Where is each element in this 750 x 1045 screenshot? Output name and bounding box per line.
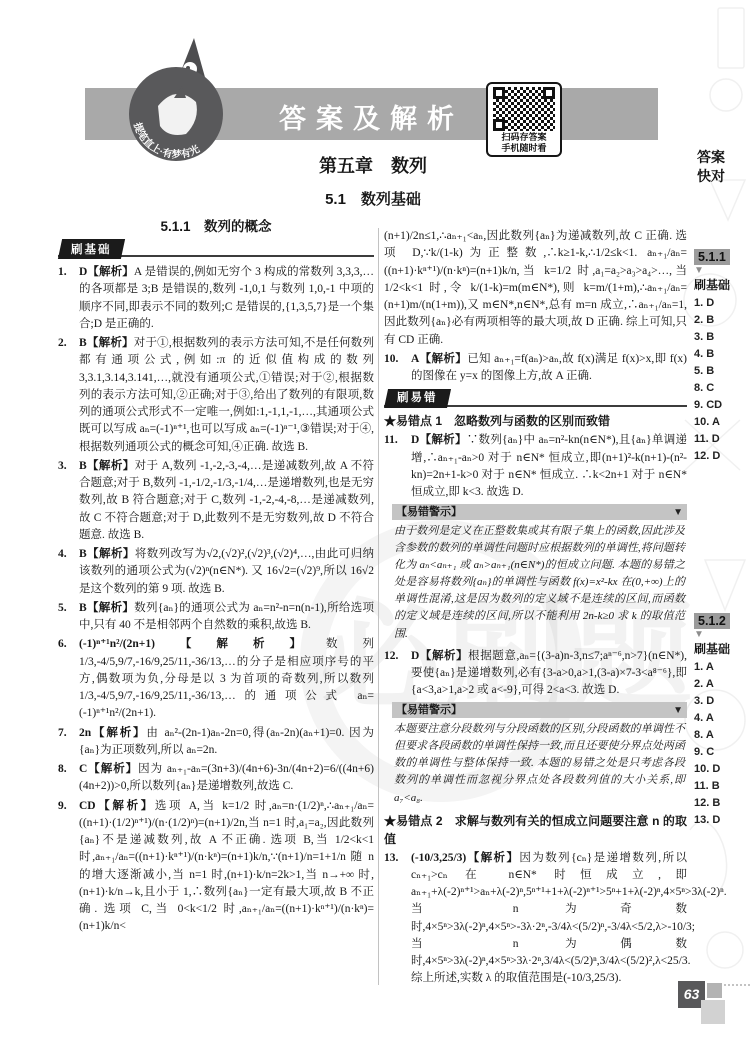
warning-title: 【易错警示】 [396,504,462,521]
qr-code-icon [493,87,555,131]
answer-item: 13. D [694,812,750,829]
warning-header: 【易错警示】 ▼ [392,702,687,718]
answer-item: 11. D [694,431,750,448]
answer-item: 10. D [694,761,750,778]
answer-item: 12. B [694,795,750,812]
question-2: 2.B【解析】对于①,根据数列的表示方法可知,不是任何数列都有通项公式,例如:π… [58,335,374,456]
sidebar-section-tag: 刷基础 [694,276,750,293]
book-page: 必刷题 答案及解析 ✦ 提笔直上·有梦有光 扫码存答案 手机随时看 第五章 数列… [0,0,750,1045]
svg-text:✦: ✦ [134,68,142,78]
footer-square-decoration [707,983,722,998]
sidebar-section-511: 5.1.1 ▼ 刷基础 1. D 2. B 3. B 4. B 5. B 8. … [694,248,750,465]
answer-item: 5. B [694,363,750,380]
warning-header: 【易错警示】 ▼ [392,504,687,520]
answer-item: 9. CD [694,397,750,414]
question-8: 8.C【解析】因为 aₙ₊₁-aₙ=(3n+3)/(4n+6)-3n/(4n+2… [58,761,374,796]
question-4: 4.B【解析】将数列改写为√2,(√2)²,(√2)³,(√2)⁴,…,由此可归… [58,546,374,598]
column-divider [378,228,379,985]
warning-box-2: 【易错警示】 ▼ 本题要注意分段数列与分段函数的区别,分段函数的单调性不但要求各… [392,702,687,806]
answer-item: 8. C [694,380,750,397]
question-12: 12.D【解析】根据题意,aₙ={(3-a)n-3,n≤7;aⁿ⁻⁶,n>7}(… [384,648,687,700]
question-9-continuation: (n+1)/2n≤1,∴aₙ₊₁<aₙ,因此数列{aₙ}为递减数列,故 C 正确… [384,228,687,349]
answer-item: 12. D [694,448,750,465]
answer-item: 2. B [694,312,750,329]
qr-code-panel: 扫码存答案 手机随时看 [486,82,562,157]
warning-title: 【易错警示】 [396,702,462,719]
error-drill-rule: 刷易错 [384,389,687,407]
basic-drill-rule: 刷基础 [58,239,374,257]
answer-item: 11. B [694,778,750,795]
answer-item: 4. B [694,346,750,363]
answer-item: 2. A [694,676,750,693]
question-6: 6.(-1)ⁿ⁺¹n²/(2n+1)【解析】数列 1/3,-4/5,9/7,-1… [58,636,374,722]
sidebar-section-512: 5.1.2 ▼ 刷基础 1. A 2. A 3. D 4. A 8. A 9. … [694,612,750,829]
basic-drill-label: 刷基础 [58,239,125,259]
question-13: 13.(-10/3,25/3)【解析】因为数列{cₙ}是递增数列,所以 cₙ₊₁… [384,850,687,988]
question-3: 3.B【解析】对于 A,数列 -1,-2,-3,-4,…是递减数列,故 A 不符… [58,458,374,544]
footer-dotted-line [724,984,750,986]
answer-item: 9. C [694,744,750,761]
sidebar-quick-check-label: 答案 快对 [697,148,725,186]
question-7: 7.2n【解析】由 aₙ²-(2n-1)aₙ-2n=0,得(aₙ-2n)(aₙ+… [58,725,374,760]
question-5: 5.B【解析】数列{aₙ}的通项公式为 aₙ=n²-n=n(n-1),所给选项中… [58,600,374,635]
footer-square-decoration [701,1000,725,1024]
question-11: 11.D【解析】∵数列{aₙ}中 aₙ=n²-kn(n∈N*),且{aₙ}单调递… [384,432,687,501]
right-column: (n+1)/2n≤1,∴aₙ₊₁<aₙ,因此数列{aₙ}为递减数列,故 C 正确… [384,228,687,990]
answer-item: 3. B [694,329,750,346]
left-column: 1.D【解析】A 是错误的,例如无穷个 3 构成的常数列 3,3,3,…的各项都… [58,264,374,938]
error-drill-label: 刷易错 [384,389,451,408]
triangle-down-icon: ▼ [673,505,683,520]
warning-text-2: 本题要注意分段数列与分段函数的区别,分段函数的单调性不但要求各段函数的单调性保持… [392,718,687,806]
triangle-down-icon: ▼ [673,703,683,718]
warning-text-1: 由于数列是定义在正整数集或其有限子集上的函数,因此涉及含参数的数列的单调性问题时… [392,520,687,642]
brand-badge-logo: ✦ 提笔直上·有梦有光 [116,36,246,166]
answer-item: 1. A [694,659,750,676]
answer-item: 10. A [694,414,750,431]
error-point-1-heading: ★易错点 1 忽略数列与函数的区别而致错 [384,412,687,430]
qr-caption-line1: 扫码存答案 [493,132,555,142]
subsection-title: 5.1.1 数列的概念 [58,215,374,235]
triangle-down-icon: ▼ [694,266,750,275]
error-point-2-heading: ★易错点 2 求解与数列有关的恒成立问题要注意 n 的取值 [384,812,687,848]
question-10: 10.A【解析】已知 aₙ₊₁=f(aₙ)>aₙ,故 f(x)满足 f(x)>x… [384,351,687,386]
triangle-down-icon: ▼ [694,630,750,639]
sidebar-section-tag: 刷基础 [694,640,750,657]
chapter-title: 第五章 数列 [58,152,688,178]
answer-item: 4. A [694,710,750,727]
sidebar-section-id: 5.1.2 [694,613,730,629]
question-9: 9.CD【解析】选项 A,当 k=1/2 时,aₙ=n·(1/2)ⁿ,∴aₙ₊₁… [58,798,374,936]
question-1: 1.D【解析】A 是错误的,例如无穷个 3 构成的常数列 3,3,3,…的各项都… [58,264,374,333]
sidebar-section-id: 5.1.1 [694,249,730,265]
answer-item: 1. D [694,295,750,312]
answer-item: 8. A [694,727,750,744]
section-title: 5.1 数列基础 [58,188,688,209]
warning-box-1: 【易错警示】 ▼ 由于数列是定义在正整数集或其有限子集上的函数,因此涉及含参数的… [392,504,687,642]
answer-item: 3. D [694,693,750,710]
